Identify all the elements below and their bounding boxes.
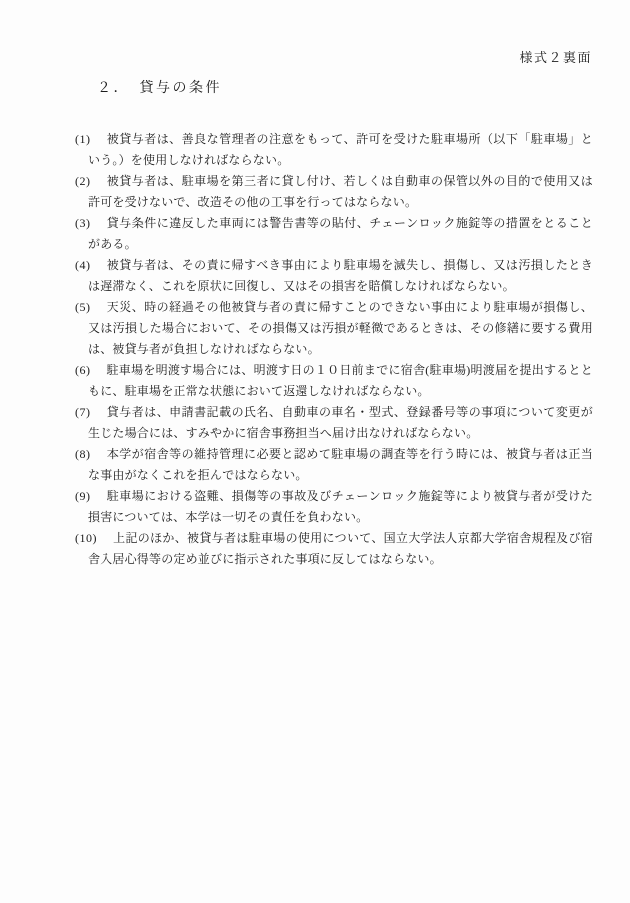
condition-item: (3)貸与条件に違反した車両には警告書等の貼付、チェーンロック施錠等の措置をとる… — [75, 213, 593, 255]
condition-text: 貸与者は、申請書記載の氏名、自動車の車名・型式、登録番号等の事項について変更が生… — [88, 405, 593, 440]
condition-text: 上記のほか、被貸与者は駐車場の使用について、国立大学法人京都大学宿舎規程及び宿舎… — [88, 531, 593, 566]
condition-text: 被貸与者は、その責に帰すべき事由により駐車場を滅失し、損傷し、又は汚損したときは… — [88, 258, 593, 293]
condition-number: (5) — [75, 300, 91, 314]
condition-number: (10) — [75, 531, 97, 545]
condition-item: (9)駐車場における盗難、損傷等の事故及びチェーンロック施錠等により被貸与者が受… — [75, 486, 593, 528]
condition-number: (4) — [75, 258, 91, 272]
condition-number: (8) — [75, 447, 91, 461]
condition-text: 本学が宿舎等の維持管理に必要と認めて駐車場の調査等を行う時には、被貸与者は正当な… — [88, 447, 593, 482]
condition-number: (6) — [75, 363, 91, 377]
condition-item: (1)被貸与者は、善良な管理者の注意をもって、許可を受けた駐車場所（以下「駐車場… — [75, 129, 593, 171]
condition-text: 駐車場を明渡す場合には、明渡す日の１０日前までに宿舎(駐車場)明渡届を提出すると… — [88, 363, 593, 398]
condition-number: (2) — [75, 174, 91, 188]
condition-item: (6)駐車場を明渡す場合には、明渡す日の１０日前までに宿舎(駐車場)明渡届を提出… — [75, 360, 593, 402]
condition-text: 天災、時の経過その他被貸与者の責に帰すことのできない事由により駐車場が損傷し、又… — [88, 300, 593, 356]
section-title: ２． 貸与の条件 — [97, 79, 630, 99]
conditions-list: (1)被貸与者は、善良な管理者の注意をもって、許可を受けた駐車場所（以下「駐車場… — [75, 129, 593, 570]
condition-text: 貸与条件に違反した車両には警告書等の貼付、チェーンロック施錠等の措置をとることが… — [88, 216, 593, 251]
condition-number: (9) — [75, 489, 91, 503]
condition-text: 被貸与者は、善良な管理者の注意をもって、許可を受けた駐車場所（以下「駐車場」とい… — [88, 132, 593, 167]
condition-number: (3) — [75, 216, 91, 230]
condition-item: (4)被貸与者は、その責に帰すべき事由により駐車場を滅失し、損傷し、又は汚損した… — [75, 255, 593, 297]
condition-text: 被貸与者は、駐車場を第三者に貸し付け、若しくは自動車の保管以外の目的で使用又は許… — [88, 174, 593, 209]
form-number-label: 様式２裏面 — [0, 0, 630, 66]
condition-item: (7)貸与者は、申請書記載の氏名、自動車の車名・型式、登録番号等の事項について変… — [75, 402, 593, 444]
document-page: 様式２裏面 ２． 貸与の条件 (1)被貸与者は、善良な管理者の注意をもって、許可… — [0, 0, 630, 903]
condition-item: (2)被貸与者は、駐車場を第三者に貸し付け、若しくは自動車の保管以外の目的で使用… — [75, 171, 593, 213]
condition-item: (10)上記のほか、被貸与者は駐車場の使用について、国立大学法人京都大学宿舎規程… — [75, 528, 593, 570]
condition-number: (7) — [75, 405, 91, 419]
condition-item: (8)本学が宿舎等の維持管理に必要と認めて駐車場の調査等を行う時には、被貸与者は… — [75, 444, 593, 486]
condition-item: (5)天災、時の経過その他被貸与者の責に帰すことのできない事由により駐車場が損傷… — [75, 297, 593, 360]
condition-text: 駐車場における盗難、損傷等の事故及びチェーンロック施錠等により被貸与者が受けた損… — [88, 489, 593, 524]
condition-number: (1) — [75, 132, 91, 146]
